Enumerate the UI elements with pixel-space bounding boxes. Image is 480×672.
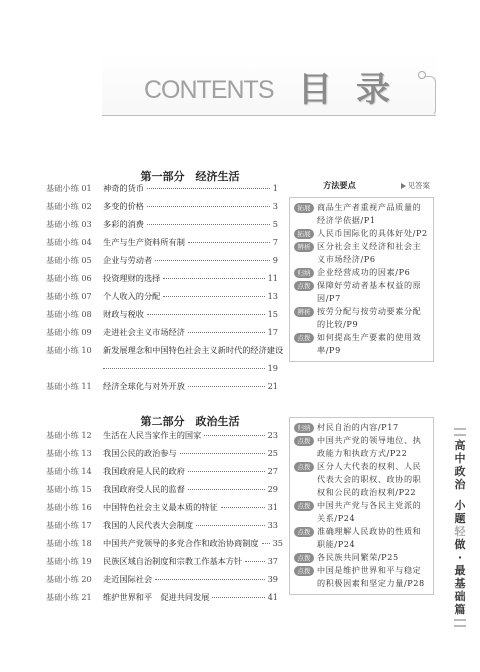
- leader-dots: [163, 278, 264, 279]
- toc-row[interactable]: 基础小练 14 我国政府是人民的政府 27: [46, 466, 278, 480]
- part1-title: 第一部分 经济生活: [90, 168, 290, 184]
- toc-page: 7: [273, 237, 278, 247]
- side-char: 轻: [452, 525, 468, 538]
- toc-page: 33: [268, 520, 278, 530]
- toc-code: 基础小练 20: [46, 574, 103, 585]
- title-char-mu: 目: [298, 62, 332, 111]
- leader-dots: [103, 368, 265, 369]
- note-item[interactable]: 点拨中国共产党的领导地位、执政能力和执政方式/P22: [294, 434, 430, 460]
- toc-row[interactable]: 基础小练 12 生活在人民当家作主的国家 23: [46, 430, 278, 444]
- toc-title: 经济全球化与对外开放: [103, 381, 185, 392]
- toc-code: 基础小练 15: [46, 484, 103, 495]
- note-item[interactable]: 点拨中国共产党与各民主党派的关系/P24: [294, 499, 430, 525]
- note-text: 中国共产党与各民主党派的关系/P24: [317, 499, 430, 525]
- toc-title: 多变的价格: [103, 201, 144, 212]
- leader-dots: [188, 332, 265, 333]
- side-char: 高: [452, 439, 468, 452]
- leader-dots: [147, 206, 270, 207]
- side-char: 治: [452, 478, 468, 491]
- leader-dots: [212, 597, 264, 598]
- note-badge: 点拨: [294, 553, 314, 563]
- toc-row[interactable]: 基础小练 07 个人收入的分配 13: [46, 291, 278, 305]
- method-notes-part2: 归纳村民自治的内容/P17 点拨中国共产党的领导地位、执政能力和执政方式/P22…: [289, 417, 434, 595]
- toc-title: 生产与生产资料所有制: [103, 237, 185, 248]
- note-badge: 点拨: [294, 462, 314, 472]
- decorative-curve: [424, 76, 436, 116]
- toc-row[interactable]: 基础小练 09 走进社会主义市场经济 17: [46, 327, 278, 341]
- leader-dots: [188, 386, 265, 387]
- leader-dots: [155, 579, 264, 580]
- side-char: 小: [452, 499, 468, 512]
- leader-dots: [245, 561, 264, 562]
- note-badge: 辨析: [294, 307, 314, 317]
- leader-dots: [188, 242, 270, 243]
- side-char: 做: [452, 538, 468, 551]
- subject-label: 高 中 政 治: [452, 439, 468, 491]
- leader-dots: [155, 260, 270, 261]
- toc-code: 基础小练 09: [46, 327, 103, 338]
- leader-dots: [180, 453, 265, 454]
- toc-row-continuation[interactable]: 19: [46, 363, 278, 377]
- side-char: 基: [452, 577, 468, 590]
- note-text: 按劳分配与按劳动要素分配的比较/P9: [317, 305, 430, 331]
- toc-code: 基础小练 05: [46, 255, 103, 266]
- toc-page: 37: [268, 556, 278, 566]
- toc-page: 41: [268, 592, 278, 602]
- contents-banner: CONTENTS 目 录: [102, 54, 436, 116]
- series-label: 小 题 轻 做 · 最 基 础 篇: [452, 499, 468, 616]
- method-title: 方法要点: [323, 180, 356, 191]
- note-text: 区分社会主义经济和社会主义市场经济/P6: [317, 240, 430, 266]
- toc-title: 走近国际社会: [103, 574, 152, 585]
- side-char: 政: [452, 465, 468, 478]
- toc-row[interactable]: 基础小练 01 神奇的货币 1: [46, 183, 278, 197]
- title-char-lu: 录: [356, 62, 390, 111]
- toc-code: 基础小练 01: [46, 183, 103, 194]
- note-item[interactable]: 点拨如何提高生产要素的使用效率/P9: [294, 331, 430, 357]
- toc-row[interactable]: 基础小练 06 投资理财的选择 11: [46, 273, 278, 287]
- toc-page: 23: [268, 430, 278, 440]
- toc-page: 27: [268, 466, 278, 476]
- note-text: 各民族共同繁荣/P25: [317, 551, 430, 564]
- toc-title: 投资理财的选择: [103, 273, 160, 284]
- decorative-bar: [454, 619, 466, 627]
- toc-code: 基础小练 16: [46, 502, 103, 513]
- leader-dots: [204, 435, 264, 436]
- method-notes-part1: 拓展商品生产者重视产品质量的经济学依据/P1 拓展人民币国际化的具体好处/P2 …: [289, 197, 434, 362]
- toc-code: 基础小练 17: [46, 520, 103, 531]
- toc-code: 基础小练 03: [46, 219, 103, 230]
- toc-page: 35: [273, 538, 283, 548]
- note-item[interactable]: 点拨各民族共同繁荣/P25: [294, 551, 430, 564]
- toc-row[interactable]: 基础小练 02 多变的价格 3: [46, 201, 278, 215]
- toc-title: 我国政府受人民的监督: [103, 484, 185, 495]
- side-char: 础: [452, 590, 468, 603]
- toc-page: 9: [273, 255, 278, 265]
- toc-title: 生活在人民当家作主的国家: [103, 430, 201, 441]
- note-badge: 点拨: [294, 501, 314, 511]
- toc-page: 15: [268, 309, 278, 319]
- toc-row[interactable]: 基础小练 08 财政与税收 15: [46, 309, 278, 323]
- toc-code: 基础小练 11: [46, 381, 103, 392]
- note-badge: 点拨: [294, 333, 314, 343]
- toc-title: 中国特色社会主义最本质的特征: [103, 502, 218, 513]
- triangle-right-icon: [401, 183, 406, 189]
- note-item[interactable]: 点拨区分人大代表的权利、人民代表大会的职权、政协的职权和公民的政治权利/P22: [294, 460, 430, 499]
- toc-code: 基础小练 21: [46, 592, 103, 603]
- toc-page: 17: [268, 327, 278, 337]
- toc-title: 维护世界和平 促进共同发展: [103, 592, 209, 603]
- note-text: 保障好劳动者基本权益的原因/P7: [317, 279, 430, 305]
- note-item[interactable]: 归纳村民自治的内容/P17: [294, 421, 430, 434]
- toc-code: 基础小练 04: [46, 237, 103, 248]
- toc-code: 基础小练 06: [46, 273, 103, 284]
- contents-word: CONTENTS: [144, 76, 274, 105]
- note-item[interactable]: 点拨保障好劳动者基本权益的原因/P7: [294, 279, 430, 305]
- toc-page: 13: [268, 291, 278, 301]
- note-item[interactable]: 拓展人民币国际化的具体好处/P2: [294, 227, 430, 240]
- toc-code: 基础小练 14: [46, 466, 103, 477]
- toc-row[interactable]: 基础小练 20 走近国际社会 39: [46, 574, 278, 588]
- note-item[interactable]: 归纳企业经营成功的因素/P6: [294, 266, 430, 279]
- toc-code: 基础小练 10: [46, 345, 103, 356]
- note-text: 准确理解人民政协的性质和职能/P24: [317, 525, 430, 551]
- toc-title: 企业与劳动者: [103, 255, 152, 266]
- leader-dots: [196, 525, 265, 526]
- book-series-side-label: 高 中 政 治 小 题 轻 做 · 最 基 础 篇: [452, 428, 468, 627]
- side-dot: ·: [452, 551, 468, 564]
- toc-title: 走进社会主义市场经济: [103, 327, 185, 338]
- leader-dots: [221, 507, 265, 508]
- note-badge: 点拨: [294, 281, 314, 291]
- toc-code: 基础小练 08: [46, 309, 103, 320]
- toc-code: 基础小练 02: [46, 201, 103, 212]
- leader-dots: [147, 224, 270, 225]
- toc-title: 神奇的货币: [103, 183, 144, 194]
- side-char: 题: [452, 512, 468, 525]
- leader-dots: [147, 314, 265, 315]
- toc-title: 民族区域自治制度和宗教工作基本方针: [103, 556, 242, 567]
- note-badge: 拓展: [294, 229, 314, 239]
- note-badge: 辨析: [294, 242, 314, 252]
- toc-page: 1: [273, 183, 278, 193]
- toc-title: 我国的人民代表大会制度: [103, 520, 193, 531]
- toc-title: 我国公民的政治参与: [103, 448, 177, 459]
- leader-dots: [188, 489, 265, 490]
- toc-row[interactable]: 基础小练 17 我国的人民代表大会制度 33: [46, 520, 278, 534]
- leader-dots: [163, 296, 264, 297]
- toc-row[interactable]: 基础小练 13 我国公民的政治参与 25: [46, 448, 278, 462]
- toc-code: 基础小练 07: [46, 291, 103, 302]
- toc-page: 21: [268, 381, 278, 391]
- note-badge: 点拨: [294, 527, 314, 537]
- note-badge: 点拨: [294, 566, 314, 576]
- toc-page: 31: [268, 502, 278, 512]
- toc-title: 新发展理念和中国特色社会主义新时代的经济建设: [103, 345, 283, 356]
- note-item[interactable]: 辨析区分社会主义经济和社会主义市场经济/P6: [294, 240, 430, 266]
- toc-row[interactable]: 基础小练 21 维护世界和平 促进共同发展 41: [46, 592, 278, 606]
- decorative-bar: [454, 428, 466, 436]
- note-item[interactable]: 点拨中国是维护世界和平与稳定的积极因素和坚定力量/P28: [294, 564, 430, 590]
- leader-dots: [188, 471, 265, 472]
- toc-page: 39: [268, 574, 278, 584]
- note-text: 村民自治的内容/P17: [317, 421, 430, 434]
- toc-code: 基础小练 12: [46, 430, 103, 441]
- toc-title: 我国政府是人民的政府: [103, 466, 185, 477]
- see-answer-label: 见答案: [408, 181, 431, 190]
- note-text: 如何提高生产要素的使用效率/P9: [317, 331, 430, 357]
- note-item[interactable]: 点拨准确理解人民政协的性质和职能/P24: [294, 525, 430, 551]
- side-char: 最: [452, 564, 468, 577]
- toc-row[interactable]: 基础小练 15 我国政府受人民的监督 29: [46, 484, 278, 498]
- note-text: 中国共产党的领导地位、执政能力和执政方式/P22: [317, 434, 430, 460]
- toc-code: 基础小练 13: [46, 448, 103, 459]
- toc-title: 个人收入的分配: [103, 291, 160, 302]
- toc-title: 多彩的消费: [103, 219, 144, 230]
- note-badge: 归纳: [294, 268, 314, 278]
- toc-row[interactable]: 基础小练 04 生产与生产资料所有制 7: [46, 237, 278, 251]
- toc-row[interactable]: 基础小练 05 企业与劳动者 9: [46, 255, 278, 269]
- note-item[interactable]: 拓展商品生产者重视产品质量的经济学依据/P1: [294, 201, 430, 227]
- side-char: 中: [452, 452, 468, 465]
- note-badge: 点拨: [294, 436, 314, 446]
- note-item[interactable]: 辨析按劳分配与按劳动要素分配的比较/P9: [294, 305, 430, 331]
- toc-row[interactable]: 基础小练 03 多彩的消费 5: [46, 219, 278, 233]
- toc-page: 19: [268, 363, 278, 373]
- toc-row[interactable]: 基础小练 10 新发展理念和中国特色社会主义新时代的经济建设: [46, 345, 278, 359]
- toc-page: 25: [268, 448, 278, 458]
- method-header: 方法要点 见答案: [290, 180, 430, 194]
- note-text: 人民币国际化的具体好处/P2: [317, 227, 430, 240]
- toc-row[interactable]: 基础小练 11 经济全球化与对外开放 21: [46, 381, 278, 395]
- toc-row[interactable]: 基础小练 19 民族区域自治制度和宗教工作基本方针 37: [46, 556, 278, 570]
- note-text: 中国是维护世界和平与稳定的积极因素和坚定力量/P28: [317, 564, 430, 590]
- see-answer-link[interactable]: 见答案: [401, 180, 431, 191]
- leader-dots: [262, 543, 270, 544]
- leader-dots: [147, 188, 270, 189]
- toc-title: 财政与税收: [103, 309, 144, 320]
- toc-row[interactable]: 基础小练 18 中国共产党领导的多党合作和政治协商制度 35: [46, 538, 278, 552]
- note-badge: 拓展: [294, 203, 314, 213]
- side-char: 篇: [452, 603, 468, 616]
- toc-page: 11: [268, 273, 278, 283]
- toc-page: 3: [273, 201, 278, 211]
- note-text: 企业经营成功的因素/P6: [317, 266, 430, 279]
- part2-title: 第二部分 政治生活: [90, 413, 290, 429]
- note-badge: 归纳: [294, 423, 314, 433]
- toc-code: 基础小练 18: [46, 538, 103, 549]
- toc-title: 中国共产党领导的多党合作和政治协商制度: [103, 538, 259, 549]
- note-text: 商品生产者重视产品质量的经济学依据/P1: [317, 201, 430, 227]
- note-text: 区分人大代表的权利、人民代表大会的职权、政协的职权和公民的政治权利/P22: [317, 460, 430, 499]
- toc-code: 基础小练 19: [46, 556, 103, 567]
- toc-page: 5: [273, 219, 278, 229]
- toc-page: 29: [268, 484, 278, 494]
- toc-row[interactable]: 基础小练 16 中国特色社会主义最本质的特征 31: [46, 502, 278, 516]
